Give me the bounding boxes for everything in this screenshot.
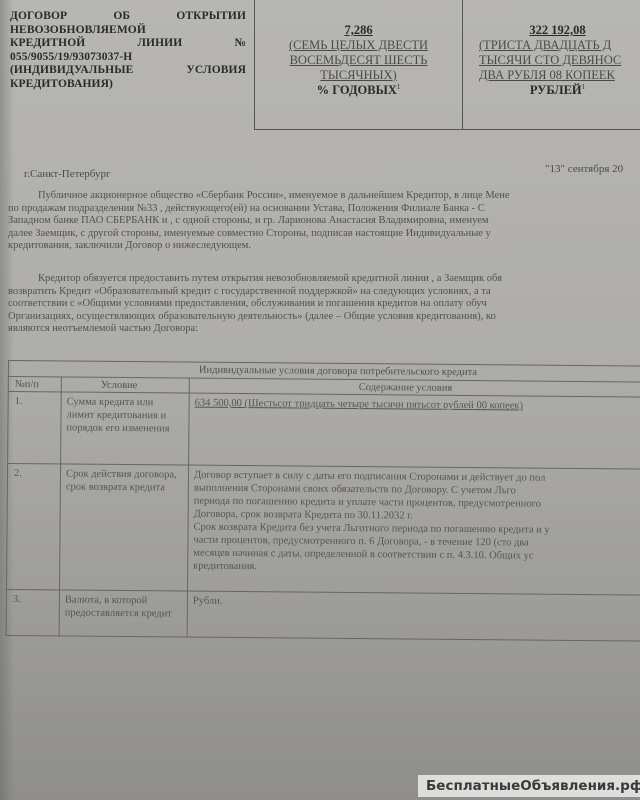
conditions-table: Индивидуальные условия договора потребит… [6, 360, 640, 642]
text-line: Западном банке ПАО СБЕРБАНК и , с одной … [8, 215, 640, 228]
obligation-paragraph: Кредитор обязуется предоставить путем от… [8, 273, 640, 336]
row-condition: Валюта, в которой предоставляется кредит [59, 590, 187, 623]
rate-unit-text: % ГОДОВЫХ [317, 83, 397, 97]
text-line: кредитования, заключили Договор о нижесл… [8, 240, 640, 253]
title-line: НЕВОЗОБНОВЛЯЕМОЙ [10, 24, 246, 38]
total-cost-words: (ТРИСТА ДВАДЦАТЬ Д ТЫСЯЧИ СТО ДЕВЯНОС ДВ… [463, 38, 640, 83]
row-condition: Срок действия договора, срок возврата кр… [60, 464, 188, 497]
text-line: по продажам подразделения №33 , действую… [8, 203, 640, 216]
row-content: Договор вступает в силу с даты его подпи… [187, 466, 640, 580]
table-row: 1. Сумма кредита или лимит кредитования … [8, 392, 640, 470]
text-line: Кредитор обязуется предоставить путем от… [8, 273, 640, 286]
content-line: Рубли. [193, 595, 640, 612]
title-line: ДОГОВОР ОБ ОТКРЫТИИ [10, 10, 246, 24]
text-line: Публичное акционерное общество «Сбербанк… [8, 190, 640, 203]
content-line: кредитования. [193, 560, 640, 577]
total-unit-text: РУБЛЕЙ [530, 83, 582, 97]
document-photo: ДОГОВОР ОБ ОТКРЫТИИ НЕВОЗОБНОВЛЯЕМОЙ КРЕ… [0, 0, 640, 800]
place-of-signing: г.Санкт-Петербург [24, 168, 111, 180]
text-line: Организациях, осуществляющих образовател… [8, 311, 640, 324]
row-number: 2. [8, 464, 60, 483]
title-line: (ИНДИВИДУАЛЬНЫЕ УСЛОВИЯ [10, 64, 246, 78]
rate-words-line: ВОСЕМЬДЕСЯТ ШЕСТЬ [255, 53, 462, 68]
row-condition: Сумма кредита или лимит кредитования и п… [60, 392, 188, 438]
contract-date: "13" сентября 20 [545, 163, 623, 175]
row-number: 1. [9, 392, 61, 411]
intro-paragraph: Публичное акционерное общество «Сбербанк… [8, 190, 640, 253]
interest-rate-box: 7,286 (СЕМЬ ЦЕЛЫХ ДВЕСТИ ВОСЕМЬДЕСЯТ ШЕС… [254, 0, 462, 130]
row-number: 3. [7, 590, 59, 609]
interest-rate-words: (СЕМЬ ЦЕЛЫХ ДВЕСТИ ВОСЕМЬДЕСЯТ ШЕСТЬ ТЫС… [255, 38, 462, 83]
interest-rate-unit: % ГОДОВЫХ1 [255, 83, 462, 98]
total-cost-box: 322 192,08 (ТРИСТА ДВАДЦАТЬ Д ТЫСЯЧИ СТО… [462, 0, 640, 130]
table-row: 3. Валюта, в которой предоставляется кре… [7, 590, 640, 642]
row-content: 634 500,00 (Шестьсот тридцать четыре тыс… [189, 394, 640, 417]
footnote-mark: 1 [397, 83, 401, 91]
column-header-condition: Условие [61, 377, 189, 393]
footnote-mark: 1 [582, 83, 586, 91]
title-line: КРЕДИТОВАНИЯ) [10, 78, 246, 92]
total-words-line: (ТРИСТА ДВАДЦАТЬ Д [479, 38, 640, 53]
column-header-number: №п/п [9, 377, 61, 392]
total-cost-unit: РУБЛЕЙ1 [463, 83, 640, 98]
text-line: соответствии с «Общими условиями предост… [8, 298, 640, 311]
rate-words-line: ТЫСЯЧНЫХ) [255, 68, 462, 83]
watermark: БесплатныеОбъявления.рф [418, 775, 640, 797]
title-line: 055/9055/19/93073037-Н [10, 51, 246, 65]
title-line: КРЕДИТНОЙ ЛИНИИ № [10, 37, 246, 51]
table-row: 2. Срок действия договора, срок возврата… [7, 464, 640, 596]
content-line: 634 500,00 (Шестьсот тридцать четыре тыс… [195, 397, 640, 414]
text-line: возвратить Кредит «Образовательный креди… [8, 286, 640, 299]
text-line: являются неотъемлемой частью Договора: [8, 323, 640, 336]
row-content: Рубли. [187, 592, 640, 615]
contract-title: ДОГОВОР ОБ ОТКРЫТИИ НЕВОЗОБНОВЛЯЕМОЙ КРЕ… [10, 10, 246, 91]
total-cost-value: 322 192,08 [463, 23, 640, 38]
total-words-line: ТЫСЯЧИ СТО ДЕВЯНОС [479, 53, 640, 68]
rate-words-line: (СЕМЬ ЦЕЛЫХ ДВЕСТИ [255, 38, 462, 53]
interest-rate-value: 7,286 [255, 23, 462, 38]
text-line: далее Заемщик, с другой стороны, именуем… [8, 228, 640, 241]
total-words-line: ДВА РУБЛЯ 08 КОПЕЕК [479, 68, 640, 83]
